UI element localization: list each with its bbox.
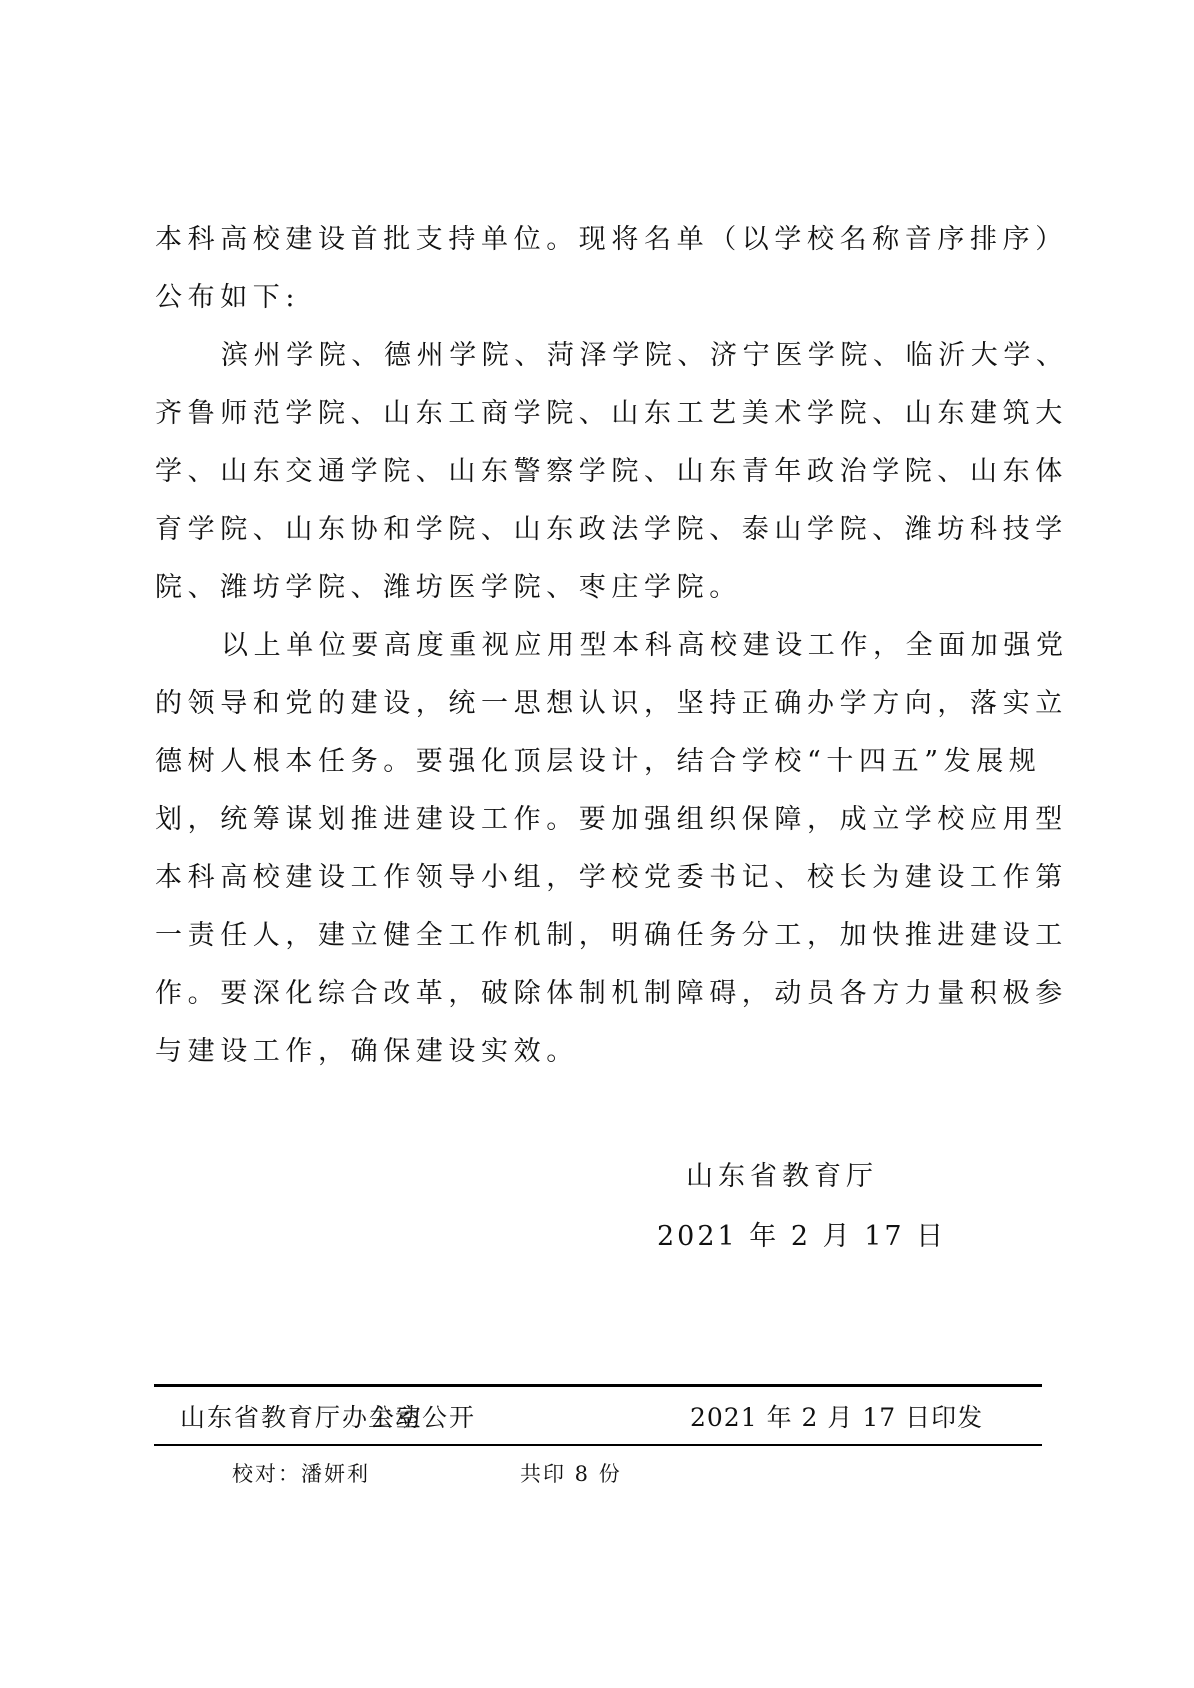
signature-issuer: 山东省教育厅 — [686, 1154, 878, 1193]
body-line: 齐鲁师范学院、山东工商学院、山东工艺美术学院、山东建筑大 — [155, 385, 1045, 443]
footer-copies: 共印 8 份 — [520, 1458, 622, 1488]
body-line: 育学院、山东协和学院、山东政法学院、泰山学院、潍坊科技学 — [155, 501, 1045, 559]
body-line: 一责任人，建立健全工作机制，明确任务分工，加快推进建设工 — [155, 907, 1045, 965]
footer-proofreader: 校对：潘妍利 — [232, 1458, 370, 1488]
footer-issue-date: 2021 年 2 月 17 日印发 — [690, 1398, 983, 1434]
footer-top-rule — [154, 1384, 1042, 1387]
footer-bottom-rule — [154, 1444, 1042, 1446]
body-line: 公布如下: — [155, 269, 1045, 327]
body-line: 以上单位要高度重视应用型本科高校建设工作，全面加强党 — [155, 617, 1045, 675]
body-line: 划，统筹谋划推进建设工作。要加强组织保障，成立学校应用型 — [155, 791, 1045, 849]
body-line: 作。要深化综合改革，破除体制机制障碍，动员各方力量积极参 — [155, 965, 1045, 1023]
body-line: 德树人根本任务。要强化顶层设计，结合学校“十四五”发展规 — [155, 733, 1045, 791]
body-line: 学、山东交通学院、山东警察学院、山东青年政治学院、山东体 — [155, 443, 1045, 501]
signature-date: 2021 年 2 月 17 日 — [657, 1214, 946, 1253]
body-line: 的领导和党的建设，统一思想认识，坚持正确办学方向，落实立 — [155, 675, 1045, 733]
body-line: 院、潍坊学院、潍坊医学院、枣庄学院。 — [155, 559, 1045, 617]
body-line: 本科高校建设工作领导小组，学校党委书记、校长为建设工作第 — [155, 849, 1045, 907]
body-line: 滨州学院、德州学院、菏泽学院、济宁医学院、临沂大学、 — [155, 327, 1045, 385]
body-line: 与建设工作，确保建设实效。 — [155, 1023, 1045, 1081]
body-line: 本科高校建设首批支持单位。现将名单（以学校名称音序排序） — [155, 211, 1045, 269]
footer-disclosure: 主动公开 — [368, 1398, 476, 1434]
